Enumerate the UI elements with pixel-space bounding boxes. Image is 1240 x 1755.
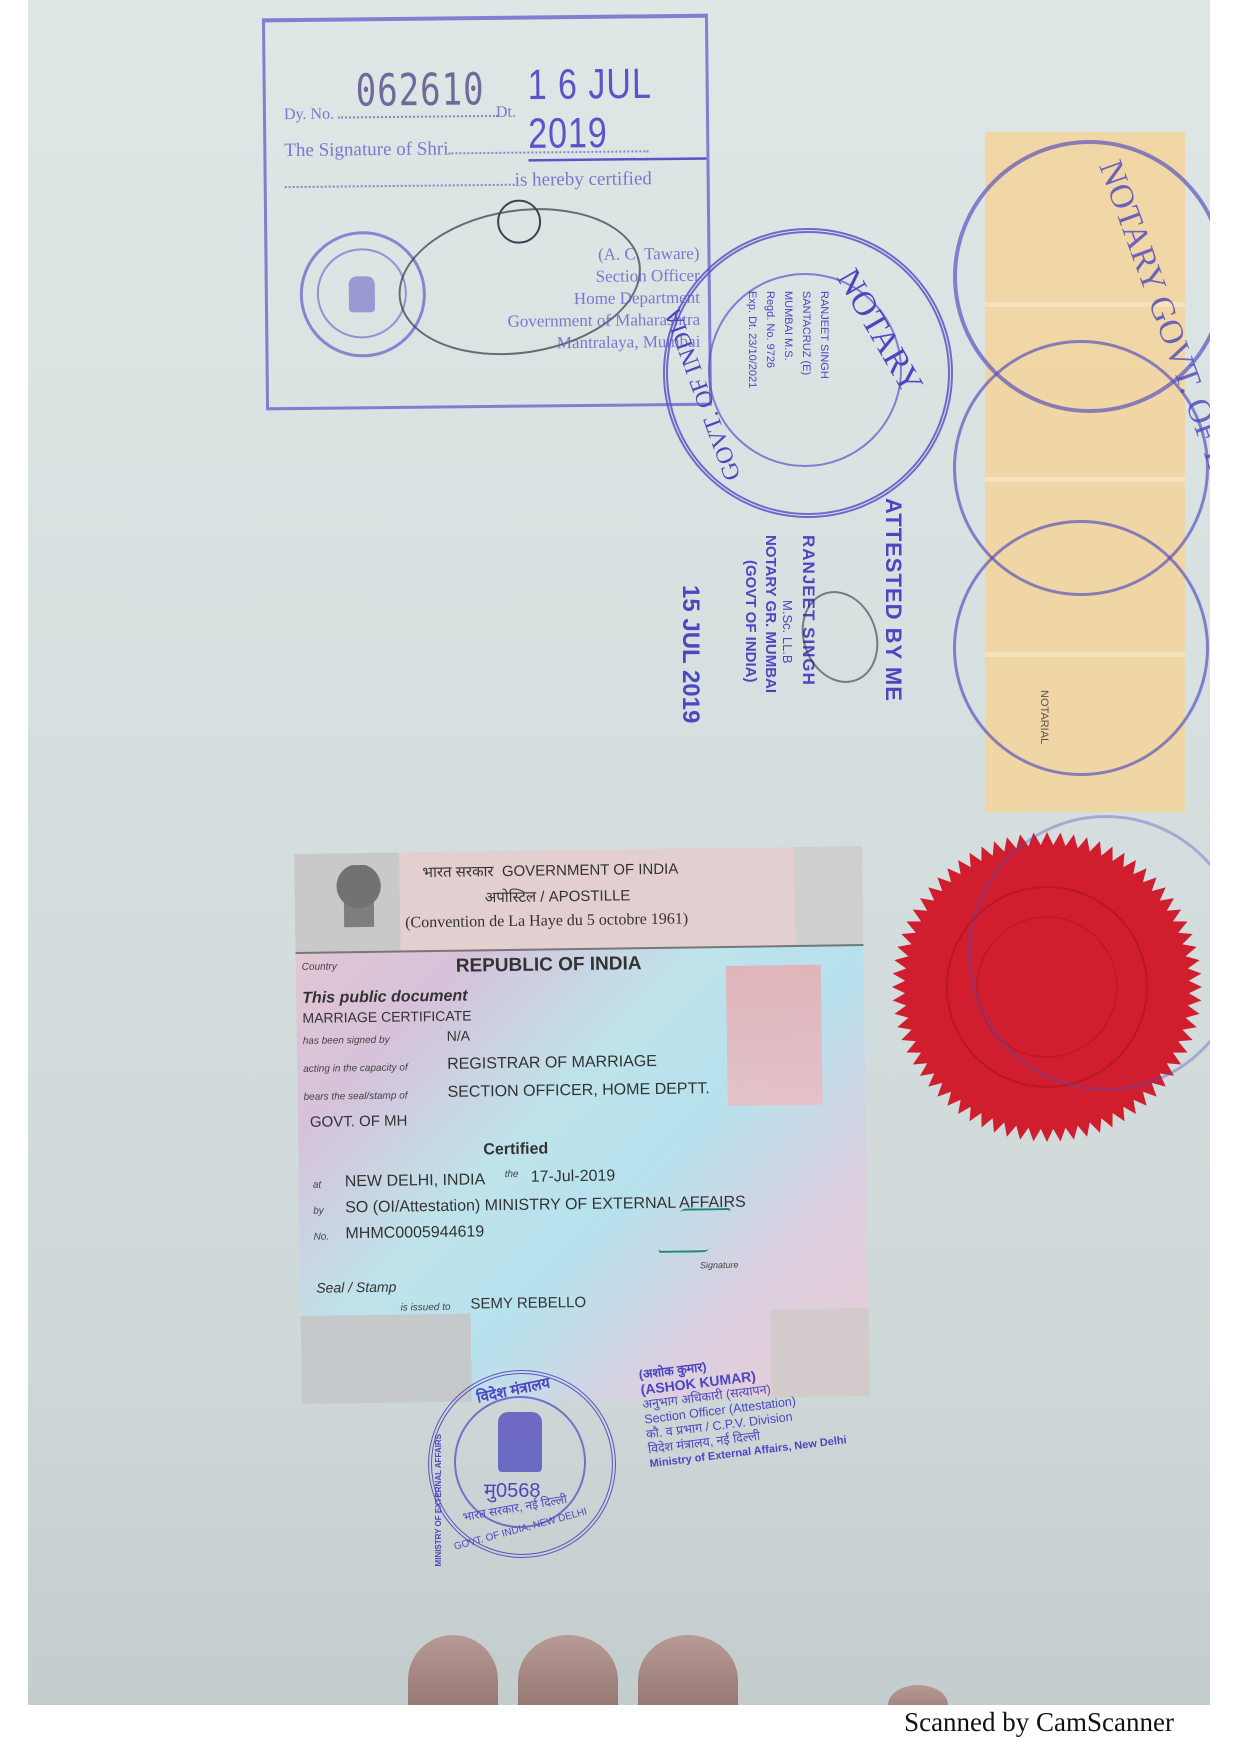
attested-by-me: ATTESTED BY ME: [880, 498, 906, 702]
issued-to: SEMY REBELLO: [470, 1294, 586, 1313]
signature-label: Signature: [700, 1260, 739, 1271]
notary-date: 15 JUL 2019: [676, 585, 704, 723]
finger: [888, 1685, 948, 1705]
apostille-certificate: भारत सरकार GOVERNMENT OF INDIA अपोस्टिल …: [294, 846, 870, 1404]
camscanner-watermark: Scanned by CamScanner: [904, 1707, 1174, 1738]
seal-of-1: SECTION OFFICER, HOME DEPTT.: [447, 1080, 709, 1102]
ashoka-emblem-icon: [334, 865, 383, 936]
public-doc: MARRIAGE CERTIFICATE: [302, 1008, 471, 1026]
apostille-number: MHMC0005944619: [345, 1223, 484, 1243]
signature-line: The Signature of Shri: [284, 138, 448, 161]
notary-inner-line: RANJEET SINGH: [818, 291, 830, 388]
by-label: by: [313, 1206, 324, 1217]
title-en: APOSTILLE: [549, 887, 631, 905]
green-signature: [657, 1208, 732, 1253]
finger: [638, 1635, 738, 1705]
country: REPUBLIC OF INDIA: [456, 953, 642, 978]
dy-no-label: Dy. No.: [284, 106, 334, 124]
at-label: at: [313, 1180, 321, 1191]
country-label: Country: [302, 961, 337, 972]
signatory-name: (A. C. Taware): [507, 243, 700, 267]
apostille-date: 17-Jul-2019: [531, 1168, 616, 1187]
apostille-header: भारत सरकार GOVERNMENT OF INDIA अपोस्टिल …: [294, 846, 863, 954]
notary-inner-line: Regd. No. 9726: [764, 291, 776, 388]
ashoka-emblem-icon: [349, 276, 375, 312]
no-label: No.: [313, 1232, 329, 1243]
revenue-stamp: [726, 965, 823, 1106]
notarial-label: NOTARIAL: [1038, 690, 1050, 744]
notary-govt: (GOVT OF INDIA): [742, 560, 759, 683]
title-hindi: अपोस्टिल: [485, 889, 537, 907]
signed-by-label: has been signed by: [303, 1035, 390, 1047]
signature-mark: [497, 199, 541, 243]
the-label: the: [505, 1169, 519, 1180]
header-hindi: भारत सरकार: [422, 863, 493, 881]
public-doc-label: This public document: [302, 988, 468, 1008]
finger: [408, 1635, 498, 1705]
issued-to-label: is issued to: [400, 1302, 450, 1314]
date-label: Dt.: [496, 104, 516, 121]
dy-no-value: 062610: [355, 64, 484, 117]
document-photo: Dy. No. 062610 Dt. 1 6 JUL 2019 The Sign…: [28, 0, 1210, 1705]
notary-inner-line: MUMBAI M.S.: [782, 291, 794, 388]
seal-label: bears the seal/stamp of: [304, 1090, 408, 1102]
notarial-ring-3: [953, 520, 1209, 776]
at-place: NEW DELHI, INDIA: [345, 1171, 486, 1191]
notary-seal: NOTARY GOVT. OF INDIA RANJEET SINGH SANT…: [663, 228, 953, 518]
header-en: GOVERNMENT OF INDIA: [502, 861, 679, 880]
finger: [518, 1635, 618, 1705]
mea-seal: विदेश मंत्रालय मु0568 भारत सरकार, नई दिल…: [428, 1370, 616, 1558]
signed-by: N/A: [447, 1028, 471, 1044]
signatory-title: Section Officer: [507, 265, 700, 289]
notary-inner-line: SANTACRUZ (E): [800, 291, 812, 388]
certification-stamp: Dy. No. 062610 Dt. 1 6 JUL 2019 The Sign…: [262, 14, 712, 411]
capacity-label: acting in the capacity of: [303, 1062, 408, 1074]
seal-stamp-label: Seal / Stamp: [316, 1279, 396, 1296]
certified-heading: Certified: [483, 1140, 548, 1159]
notary-qualification: M.Sc. LL.B: [780, 600, 795, 664]
officer-stamp: (अशोक कुमार) (ASHOK KUMAR) अनुभाग अधिकार…: [638, 1344, 848, 1472]
mea-ring-en: MINISTRY OF EXTERNAL AFFAIRS: [434, 1434, 443, 1566]
seal-of-2: GOVT. OF MH: [310, 1112, 408, 1130]
convention: (Convention de La Haye du 5 octobre 1961…: [405, 910, 688, 932]
capacity: REGISTRAR OF MARRIAGE: [447, 1053, 657, 1074]
notary-inner-line: Exp. Dt. 23/10/2021: [746, 291, 758, 388]
certified-line: is hereby certified: [515, 168, 652, 190]
notary-designation: NOTARY GR. MUMBAI: [762, 535, 779, 693]
ashoka-emblem-icon: [498, 1412, 542, 1472]
